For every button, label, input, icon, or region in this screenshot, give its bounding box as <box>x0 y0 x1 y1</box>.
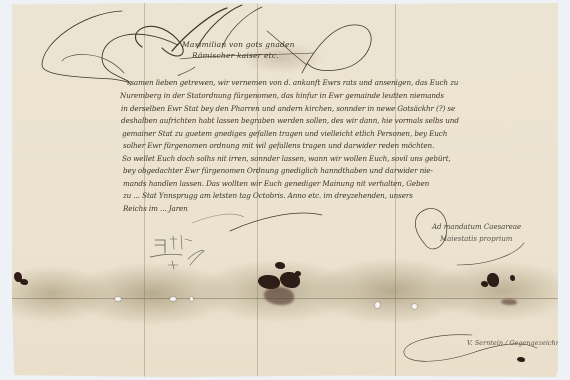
document-paper: Maximilian von gots gnaden Römischer kai… <box>12 3 558 377</box>
body-line: in derselben Ewr Stat bey den Pharren un… <box>121 103 516 115</box>
paper-hole <box>375 302 380 308</box>
body-line: rsamen lieben getrewen, wir vernemen von… <box>127 77 522 89</box>
body-line: Reichs im ... Jaren <box>123 203 323 215</box>
body-line: So wellet Euch doch solhs nit irren, son… <box>122 153 517 165</box>
body-line: deshalben aufrichten habt lassen begrabe… <box>121 115 516 127</box>
body-line: mands handlen lassen. Das wollten wir Eu… <box>123 178 518 190</box>
ink-blot <box>487 273 499 287</box>
ink-blot <box>275 262 285 269</box>
ink-blot <box>481 281 488 287</box>
ink-blot <box>510 275 515 281</box>
paper-hole <box>170 297 176 301</box>
paper-hole <box>190 297 193 301</box>
countersignature: V. Serntein / Gegengezeichnet <box>467 339 566 347</box>
ink-blot <box>517 357 525 362</box>
body-line: gemainer Stat zu guetem gnediges gefalle… <box>122 128 517 140</box>
ink-blot <box>295 271 301 276</box>
document-heading-line1: Maximilian von gots gnaden <box>182 40 295 49</box>
body-line: zu ... Stat Ynnsprugg am letsten tag Oct… <box>123 190 518 202</box>
document-heading-line2: Römischer kaiser etc. <box>192 51 279 60</box>
ink-blot <box>20 279 28 285</box>
body-line: solher Ewr fürgenomen ordnung mit wil ge… <box>123 140 518 152</box>
chancery-signature-line1: Ad mandatum Caesareae <box>432 223 521 231</box>
paper-hole <box>115 297 121 301</box>
ink-blot-faded <box>501 299 517 305</box>
paper-hole <box>412 304 417 309</box>
body-line: Nuremberg in der Statordnung fürgenomen,… <box>120 90 515 102</box>
chancery-signature-line2: Maiestatis proprium <box>440 235 512 243</box>
body-line: bey obgedachter Ewr fürgenomen Ordnung g… <box>123 165 518 177</box>
